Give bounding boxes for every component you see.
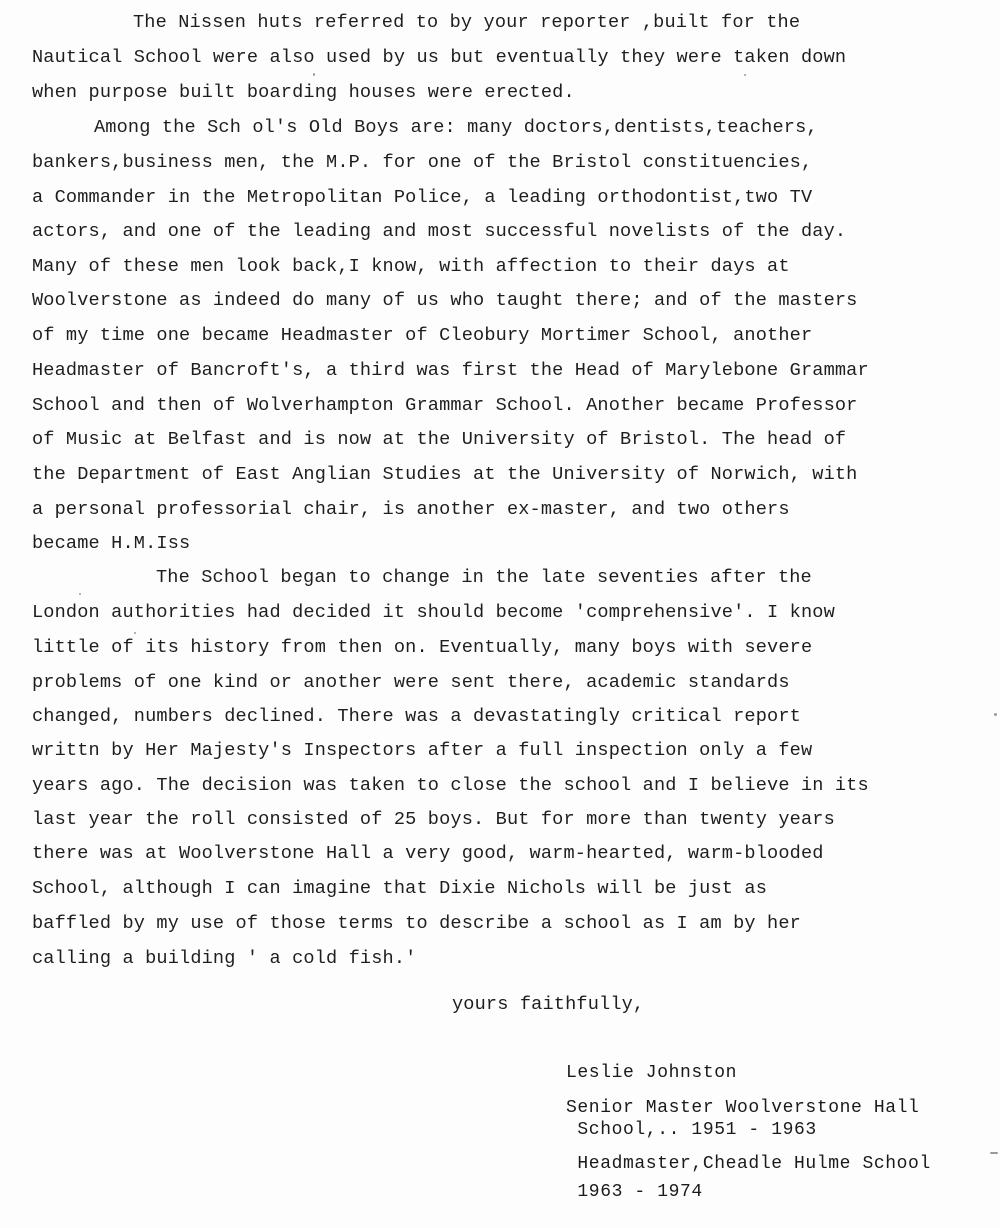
text-line: of Music at Belfast and is now at the Un… [32, 429, 846, 451]
signature-title-line: School,.. 1951 - 1963 [566, 1119, 817, 1141]
text-line: Among the Sch ol's Old Boys are: many do… [94, 117, 818, 139]
text-line: years ago. The decision was taken to clo… [32, 775, 869, 797]
text-line: changed, numbers declined. There was a d… [32, 706, 801, 728]
text-line: baffled by my use of those terms to desc… [32, 913, 801, 935]
text-line: there was at Woolverstone Hall a very go… [32, 843, 824, 865]
scan-speck [134, 632, 136, 634]
text-line: the Department of East Anglian Studies a… [32, 464, 858, 486]
text-line: bankers,business men, the M.P. for one o… [32, 152, 812, 174]
text-line: School, although I can imagine that Dixi… [32, 878, 767, 900]
text-line: last year the roll consisted of 25 boys.… [32, 809, 835, 831]
text-line: London authorities had decided it should… [32, 602, 835, 624]
scan-speck [79, 593, 81, 595]
scan-speck [994, 713, 997, 716]
scan-speck [313, 73, 315, 76]
text-line: became H.M.Iss [32, 533, 190, 555]
text-line: The Nissen huts referred to by your repo… [133, 12, 800, 34]
text-line: a Commander in the Metropolitan Police, … [32, 187, 812, 209]
signature-title-line: Headmaster,Cheadle Hulme School [566, 1153, 931, 1175]
typewritten-letter-page: The Nissen huts referred to by your repo… [0, 0, 1000, 1228]
signature-title-line: Senior Master Woolverstone Hall [566, 1097, 919, 1119]
text-line: Woolverstone as indeed do many of us who… [32, 290, 858, 312]
text-line: when purpose built boarding houses were … [32, 82, 575, 104]
text-line: Headmaster of Bancroft's, a third was fi… [32, 360, 869, 382]
text-line: problems of one kind or another were sen… [32, 672, 790, 694]
signature-title-line: 1963 - 1974 [566, 1181, 703, 1203]
text-line: The School began to change in the late s… [156, 567, 812, 589]
scan-speck [990, 1152, 998, 1154]
text-line: little of its history from then on. Even… [32, 637, 812, 659]
text-line: Nautical School were also used by us but… [32, 47, 846, 69]
scan-speck [744, 74, 746, 76]
signature-name: Leslie Johnston [566, 1062, 737, 1084]
text-line: a personal professorial chair, is anothe… [32, 499, 790, 521]
text-line: School and then of Wolverhampton Grammar… [32, 395, 858, 417]
text-line: Many of these men look back,I know, with… [32, 256, 790, 278]
text-line: writtn by Her Majesty's Inspectors after… [32, 740, 812, 762]
text-line: calling a building ' a cold fish.' [32, 948, 416, 970]
text-line: actors, and one of the leading and most … [32, 221, 846, 243]
text-line: of my time one became Headmaster of Cleo… [32, 325, 812, 347]
closing-salutation: yours faithfully, [452, 994, 644, 1016]
